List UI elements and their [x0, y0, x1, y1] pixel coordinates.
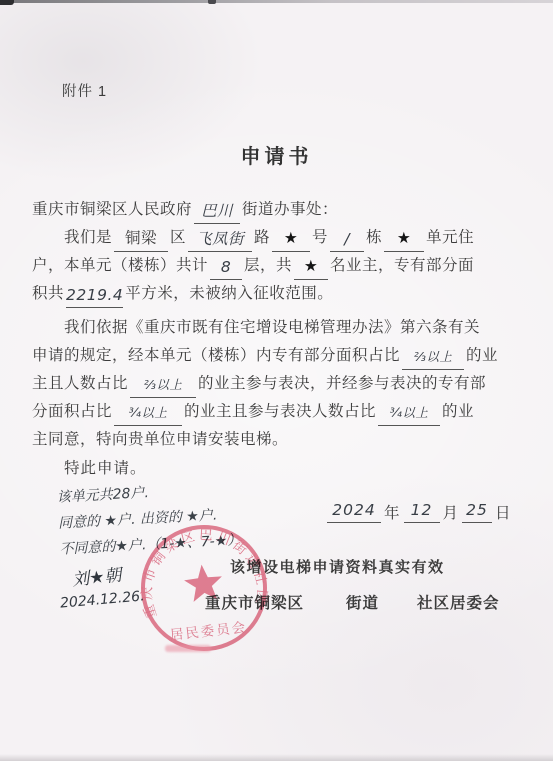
unit-redacted-star: ★ [397, 230, 411, 247]
building-blank: / [330, 227, 364, 252]
legal-basis-line4: 分面积占比¾以上的业主且参与表决人数占比¾以上的业 [32, 398, 528, 426]
scan-top-smudge [208, 0, 216, 4]
building-label: 栋 [366, 229, 382, 246]
scan-corner-mark [0, 0, 14, 5]
month-handwritten: 12 [411, 501, 433, 519]
page-title: 申请书 [0, 140, 553, 169]
scanned-application-document: 附件 1 申请书 重庆市铜梁区人民政府巴川街道办事处： 我们是铜梁区飞凤街路★号… [0, 0, 553, 761]
floors-owners-line: 户，本单元（楼栋）共计8层，共★名业主，专有部分面 [32, 252, 528, 280]
scan-edge-top [0, 0, 553, 3]
area-ratio-handwritten: ⅔以上 [414, 349, 453, 364]
we-are-text: 我们是 [64, 229, 112, 246]
area-blank: 2219.4 [66, 283, 123, 308]
month-label: 月 [443, 505, 460, 522]
headcount-ratio-prefix: 主且人数占比 [32, 375, 128, 392]
area-suffix: 平方米，未被纳入征收范围。 [125, 285, 333, 302]
road-label: 路 [254, 229, 270, 246]
area-ratio-prefix: 申请的规定，经本单元（楼栋）内专有部分面积占比 [32, 347, 400, 364]
day-handwritten: 25 [466, 501, 488, 519]
year-label: 年 [384, 505, 401, 522]
agreement-text: 主同意，特向贵单位申请安装电梯。 [32, 431, 288, 448]
area-ratio-suffix: 的业 [466, 347, 498, 364]
seal-serial-smudge [165, 645, 211, 652]
street-name-handwritten: 巴川 [201, 202, 233, 220]
address-line: 我们是铜梁区飞凤街路★号/栋★单元住 [32, 224, 528, 252]
committee-suffix: 社区居委会 [417, 595, 500, 612]
signature-name: 刘★朝 [71, 560, 123, 590]
closing-statement: 特此申请。 [64, 456, 147, 478]
floors-blank: 8 [210, 255, 242, 280]
committee-street-label: 街道 [346, 595, 379, 612]
street-name-blank: 巴川 [194, 199, 240, 224]
attachment-label: 附件 1 [62, 80, 107, 101]
area-line: 积共2219.4平方米，未被纳入征收范围。 [32, 280, 528, 308]
day-label: 日 [495, 505, 512, 522]
floors-handwritten: 8 [221, 258, 231, 276]
vote-area-prefix: 分面积占比 [32, 403, 112, 420]
district-fill: 铜梁 [125, 230, 157, 247]
recipient-line: 重庆市铜梁区人民政府巴川街道办事处： [32, 196, 528, 224]
road-blank: 飞凤街 [188, 227, 252, 252]
legal-basis-line2: 申请的规定，经本单元（楼栋）内专有部分面积占比⅔以上的业 [32, 342, 528, 370]
owners-blank: ★ [294, 255, 328, 280]
paragraph-legal-basis: 我们依据《重庆市既有住宅增设电梯管理办法》第六条有关 申请的规定，经本单元（楼栋… [32, 314, 528, 454]
building-handwritten: / [344, 230, 350, 248]
area-ratio-blank: ⅔以上 [402, 345, 464, 370]
legal-basis-line5: 主同意，特向贵单位申请安装电梯。 [32, 426, 528, 454]
no-label: 号 [312, 229, 328, 246]
owners-redacted-star: ★ [304, 258, 318, 275]
house-no-redacted-star: ★ [284, 230, 298, 247]
district-blank: 铜梁 [114, 227, 168, 252]
application-date-line: 2024年12月25日 [324, 498, 512, 523]
floors-prefix: 户，本单元（楼栋）共计 [32, 257, 208, 274]
month-blank: 12 [404, 498, 440, 523]
vote-area-blank: ¾以上 [114, 401, 182, 426]
year-blank: 2024 [327, 498, 381, 523]
legal-basis-line3: 主且人数占比⅔以上的业主参与表决，并经参与表决的专有部 [32, 370, 528, 398]
vote-area-handwritten: ¾以上 [129, 405, 168, 420]
headcount-ratio-suffix: 的业主参与表决，并经参与表决的专有部 [198, 375, 486, 392]
year-handwritten: 2024 [332, 501, 375, 519]
vote-count-prefix: 的业主且参与表决人数占比 [184, 403, 376, 420]
paragraph-recipient-and-intro: 重庆市铜梁区人民政府巴川街道办事处： 我们是铜梁区飞凤街路★号/栋★单元住 户，… [32, 196, 528, 308]
area-prefix: 积共 [32, 285, 64, 302]
unit-tail-text: 单元住 [426, 229, 474, 246]
owners-prefix: 层，共 [244, 257, 292, 274]
legal-basis-line1: 我们依据《重庆市既有住宅增设电梯管理办法》第六条有关 [32, 314, 528, 342]
vote-count-blank: ¾以上 [378, 401, 440, 426]
recipient-suffix: 街道办事处： [242, 201, 338, 218]
vote-count-handwritten: ¾以上 [390, 405, 429, 420]
unit-blank: ★ [384, 227, 424, 252]
district-label: 区 [170, 229, 186, 246]
headcount-ratio-handwritten: ⅔以上 [144, 377, 183, 392]
legal-basis-text: 我们依据《重庆市既有住宅增设电梯管理办法》第六条有关 [64, 319, 480, 336]
headcount-ratio-blank: ⅔以上 [130, 373, 196, 398]
house-no-blank: ★ [272, 227, 310, 252]
seal-star-icon [183, 563, 225, 603]
recipient-prefix: 重庆市铜梁区人民政府 [32, 201, 192, 218]
road-handwritten: 飞凤街 [196, 230, 244, 248]
owners-suffix: 名业主，专有部分面 [330, 257, 474, 274]
scan-edge-bottom [0, 754, 553, 761]
vote-count-suffix: 的业 [442, 403, 474, 420]
area-handwritten: 2219.4 [66, 286, 123, 304]
day-blank: 25 [462, 498, 492, 523]
